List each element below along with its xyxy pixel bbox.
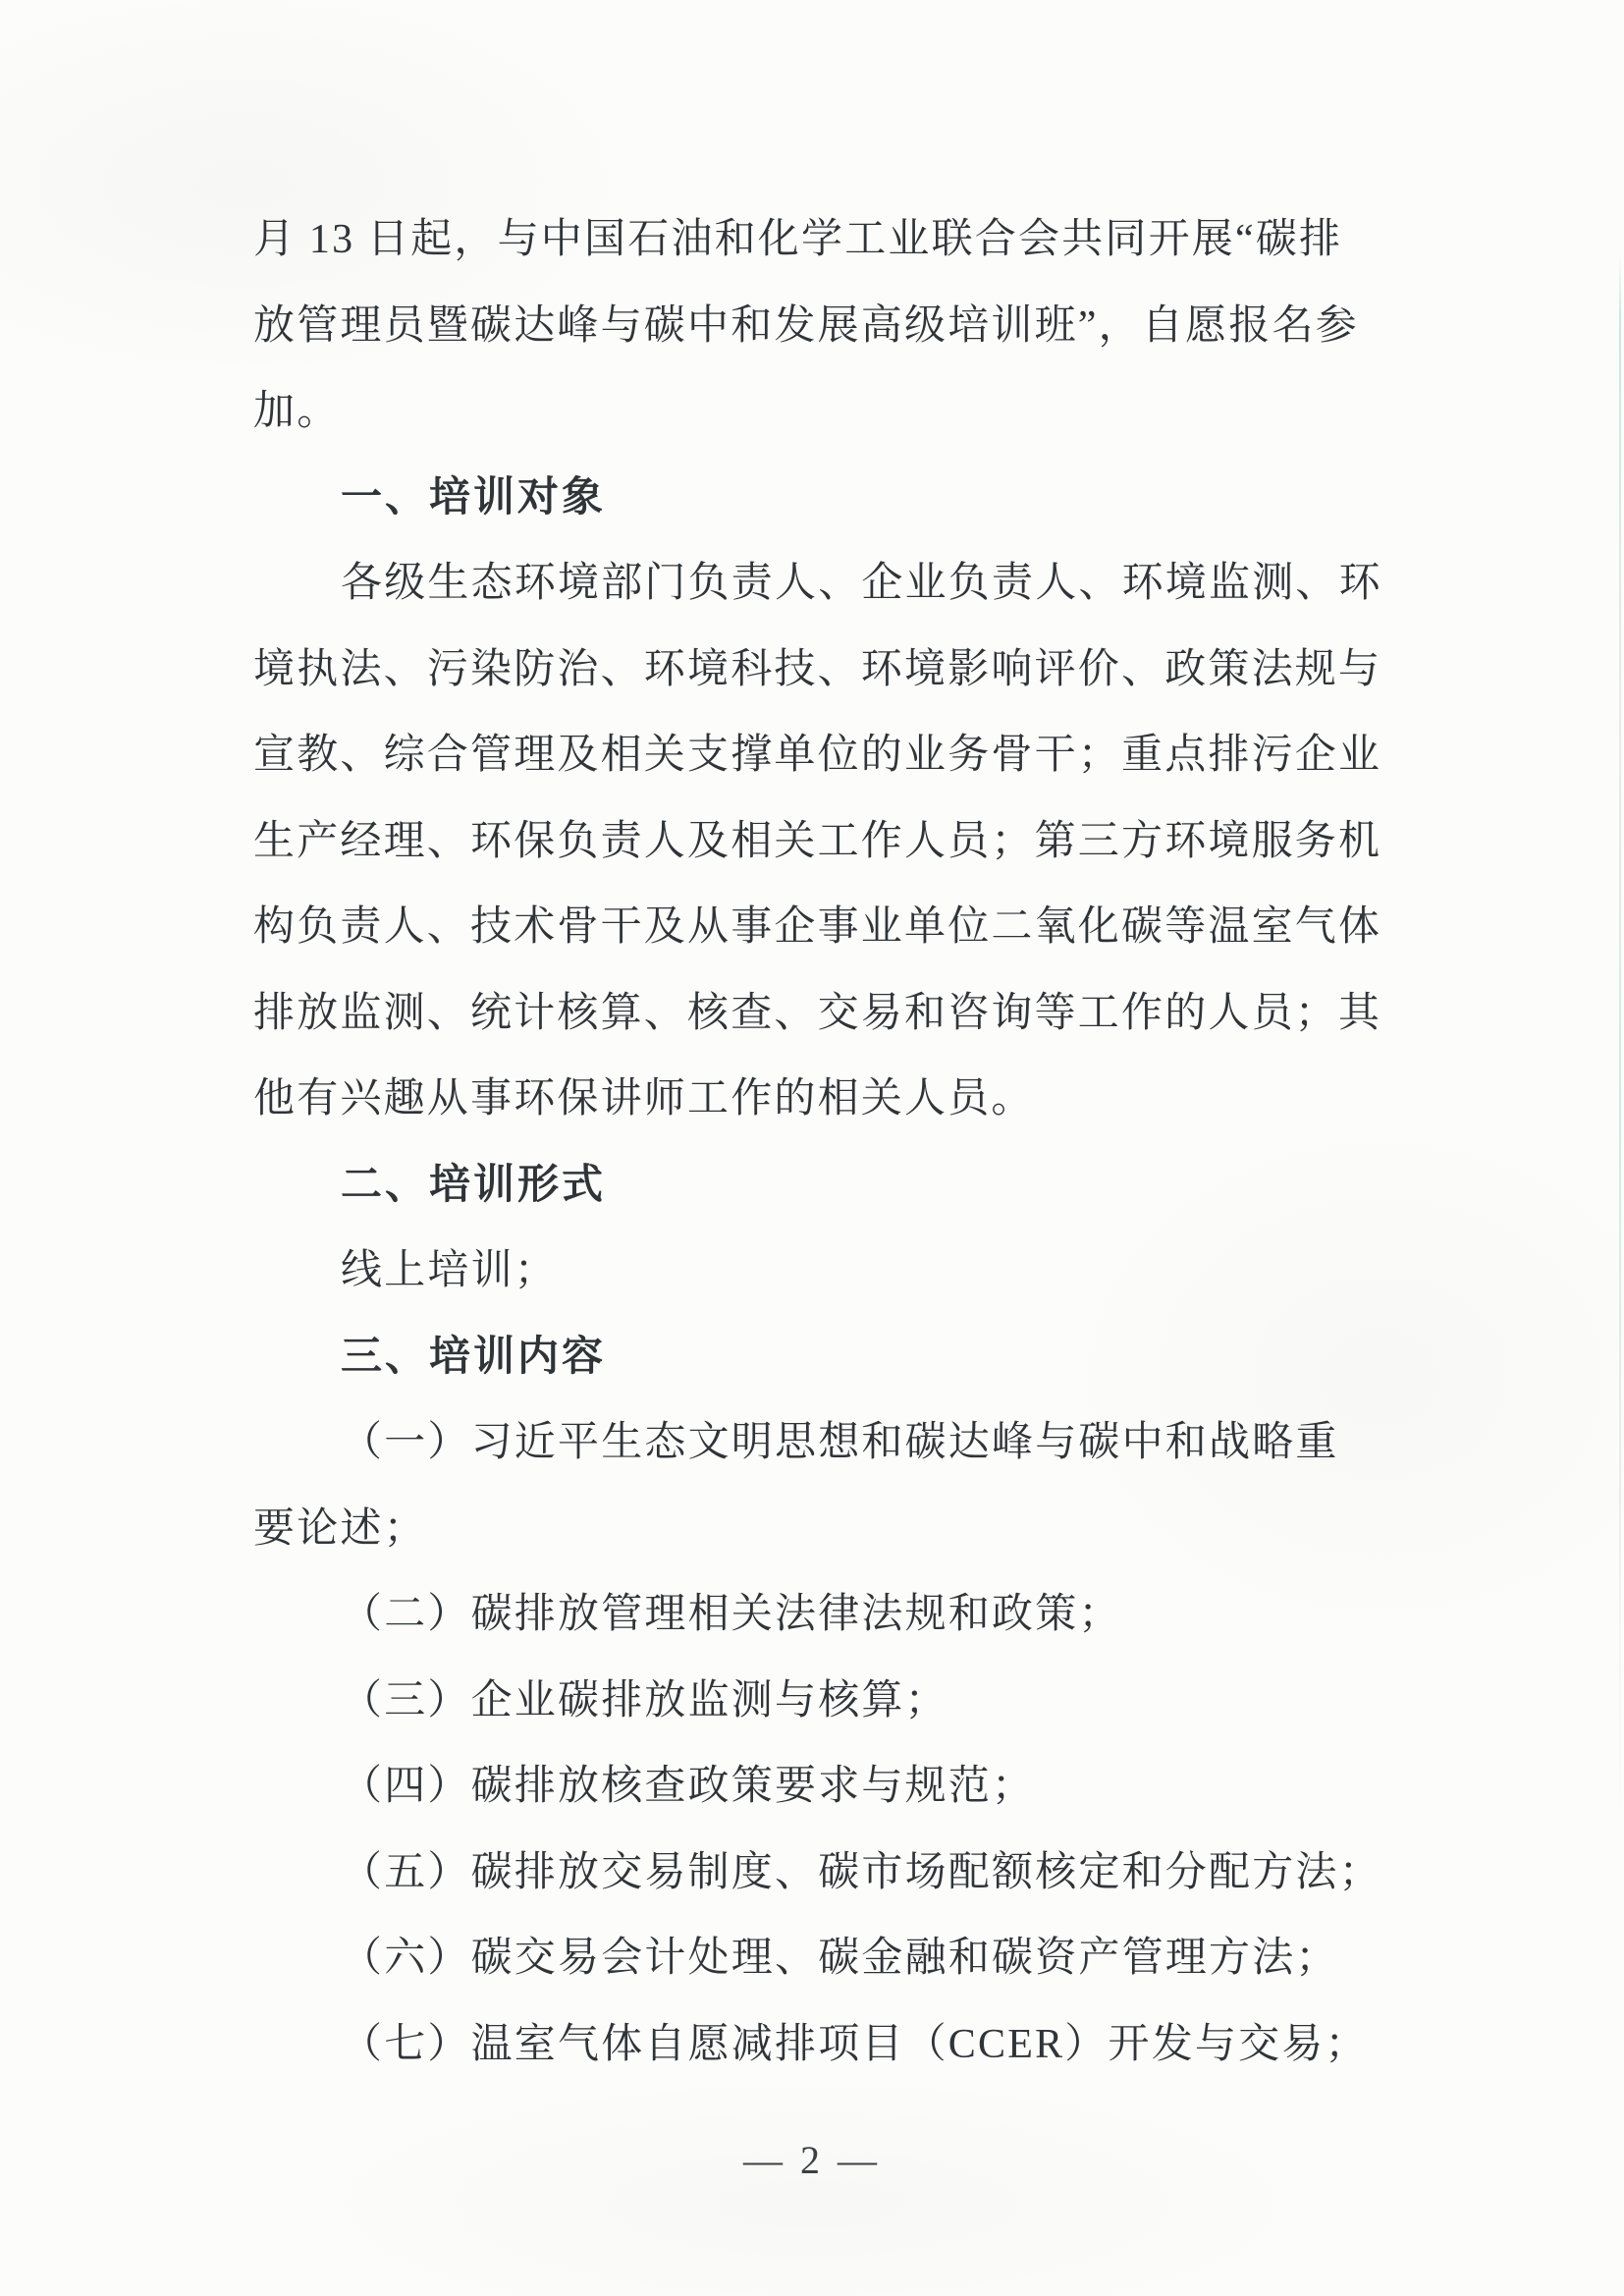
text-line: 构负责人、技术骨干及从事企事业单位二氧化碳等温室气体 [253,885,1380,971]
text-line: （五）碳排放交易制度、碳市场配额核定和分配方法； [253,1831,1380,1917]
text-line: 月 13 日起，与中国石油和化学工业联合会共同开展“碳排 [253,197,1380,284]
section-heading: 三、培训内容 [253,1315,1380,1401]
text-line: 要论述； [253,1487,1380,1573]
text-line: （六）碳交易会计处理、碳金融和碳资产管理方法； [253,1916,1380,2002]
text-line: 各级生态环境部门负责人、企业负责人、环境监测、环 [253,541,1380,628]
section-heading: 二、培训形式 [253,1143,1380,1230]
text-line: （七）温室气体自愿减排项目（CCER）开发与交易； [253,2002,1380,2089]
text-line: 生产经理、环保负责人及相关工作人员；第三方环境服务机 [253,799,1380,886]
text-line: 他有兴趣从事环保讲师工作的相关人员。 [253,1057,1380,1143]
text-line: 宣教、综合管理及相关支撑单位的业务骨干；重点排污企业 [253,713,1380,799]
text-line: 排放监测、统计核算、核查、交易和咨询等工作的人员；其 [253,971,1380,1058]
text-line: 线上培训； [253,1229,1380,1315]
scan-edge-artifact [1619,255,1621,1827]
document-body: 月 13 日起，与中国石油和化学工业联合会共同开展“碳排放管理员暨碳达峰与碳中和… [253,197,1380,2088]
text-line: （三）企业碳排放监测与核算； [253,1659,1380,1745]
page: 月 13 日起，与中国石油和化学工业联合会共同开展“碳排放管理员暨碳达峰与碳中和… [0,0,1624,2296]
text-line: 境执法、污染防治、环境科技、环境影响评价、政策法规与 [253,628,1380,714]
text-line: 加。 [253,369,1380,456]
text-line: 放管理员暨碳达峰与碳中和发展高级培训班”，自愿报名参 [253,284,1380,370]
page-footer: — 2 — [0,2137,1624,2183]
text-line: （二）碳排放管理相关法律法规和政策； [253,1572,1380,1659]
text-line: （一）习近平生态文明思想和碳达峰与碳中和战略重 [253,1400,1380,1487]
section-heading: 一、培训对象 [253,456,1380,542]
text-line: （四）碳排放核查政策要求与规范； [253,1744,1380,1831]
page-number: — 2 — [743,2138,881,2182]
